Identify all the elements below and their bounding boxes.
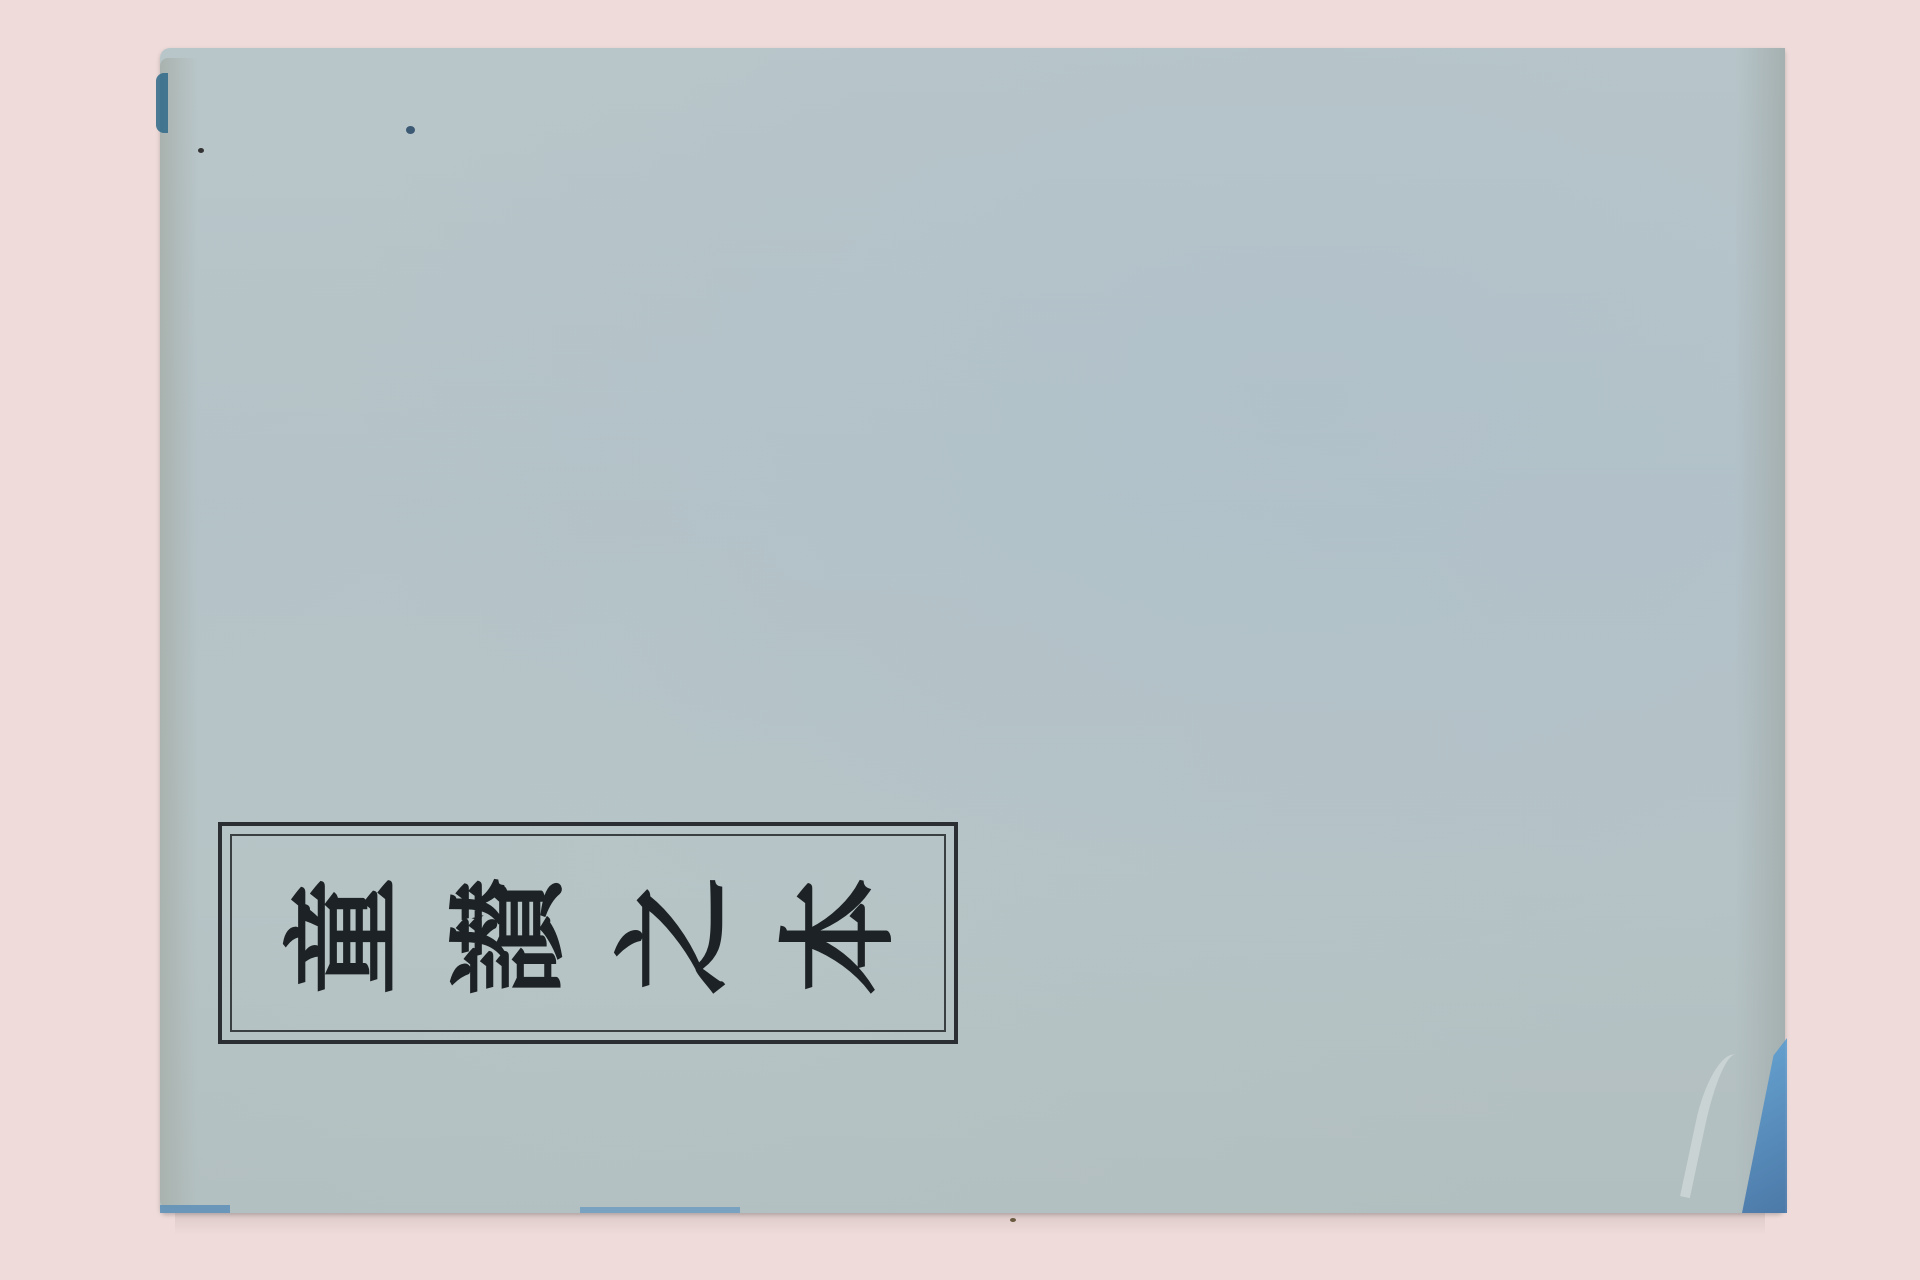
cloth-corner-top-left xyxy=(156,73,168,133)
cloth-edge-bottom-middle xyxy=(580,1207,740,1213)
title-char-2: 之 xyxy=(615,877,733,995)
title-char-4: 童 xyxy=(285,877,403,995)
ink-speck xyxy=(406,126,415,134)
title-char-3: 讃 xyxy=(450,877,568,995)
title-label-text: 本 之 讃 童 xyxy=(262,866,922,1006)
book-cover: 本 之 讃 童 xyxy=(160,48,1785,1213)
book-left-edge xyxy=(160,58,198,1208)
cloth-edge-bottom-left xyxy=(160,1205,230,1213)
stain-speck xyxy=(1010,1218,1016,1222)
book-right-edge xyxy=(1735,48,1785,1213)
title-char-1: 本 xyxy=(780,877,898,995)
title-label: 本 之 讃 童 xyxy=(218,822,958,1044)
ink-speck xyxy=(198,148,204,153)
